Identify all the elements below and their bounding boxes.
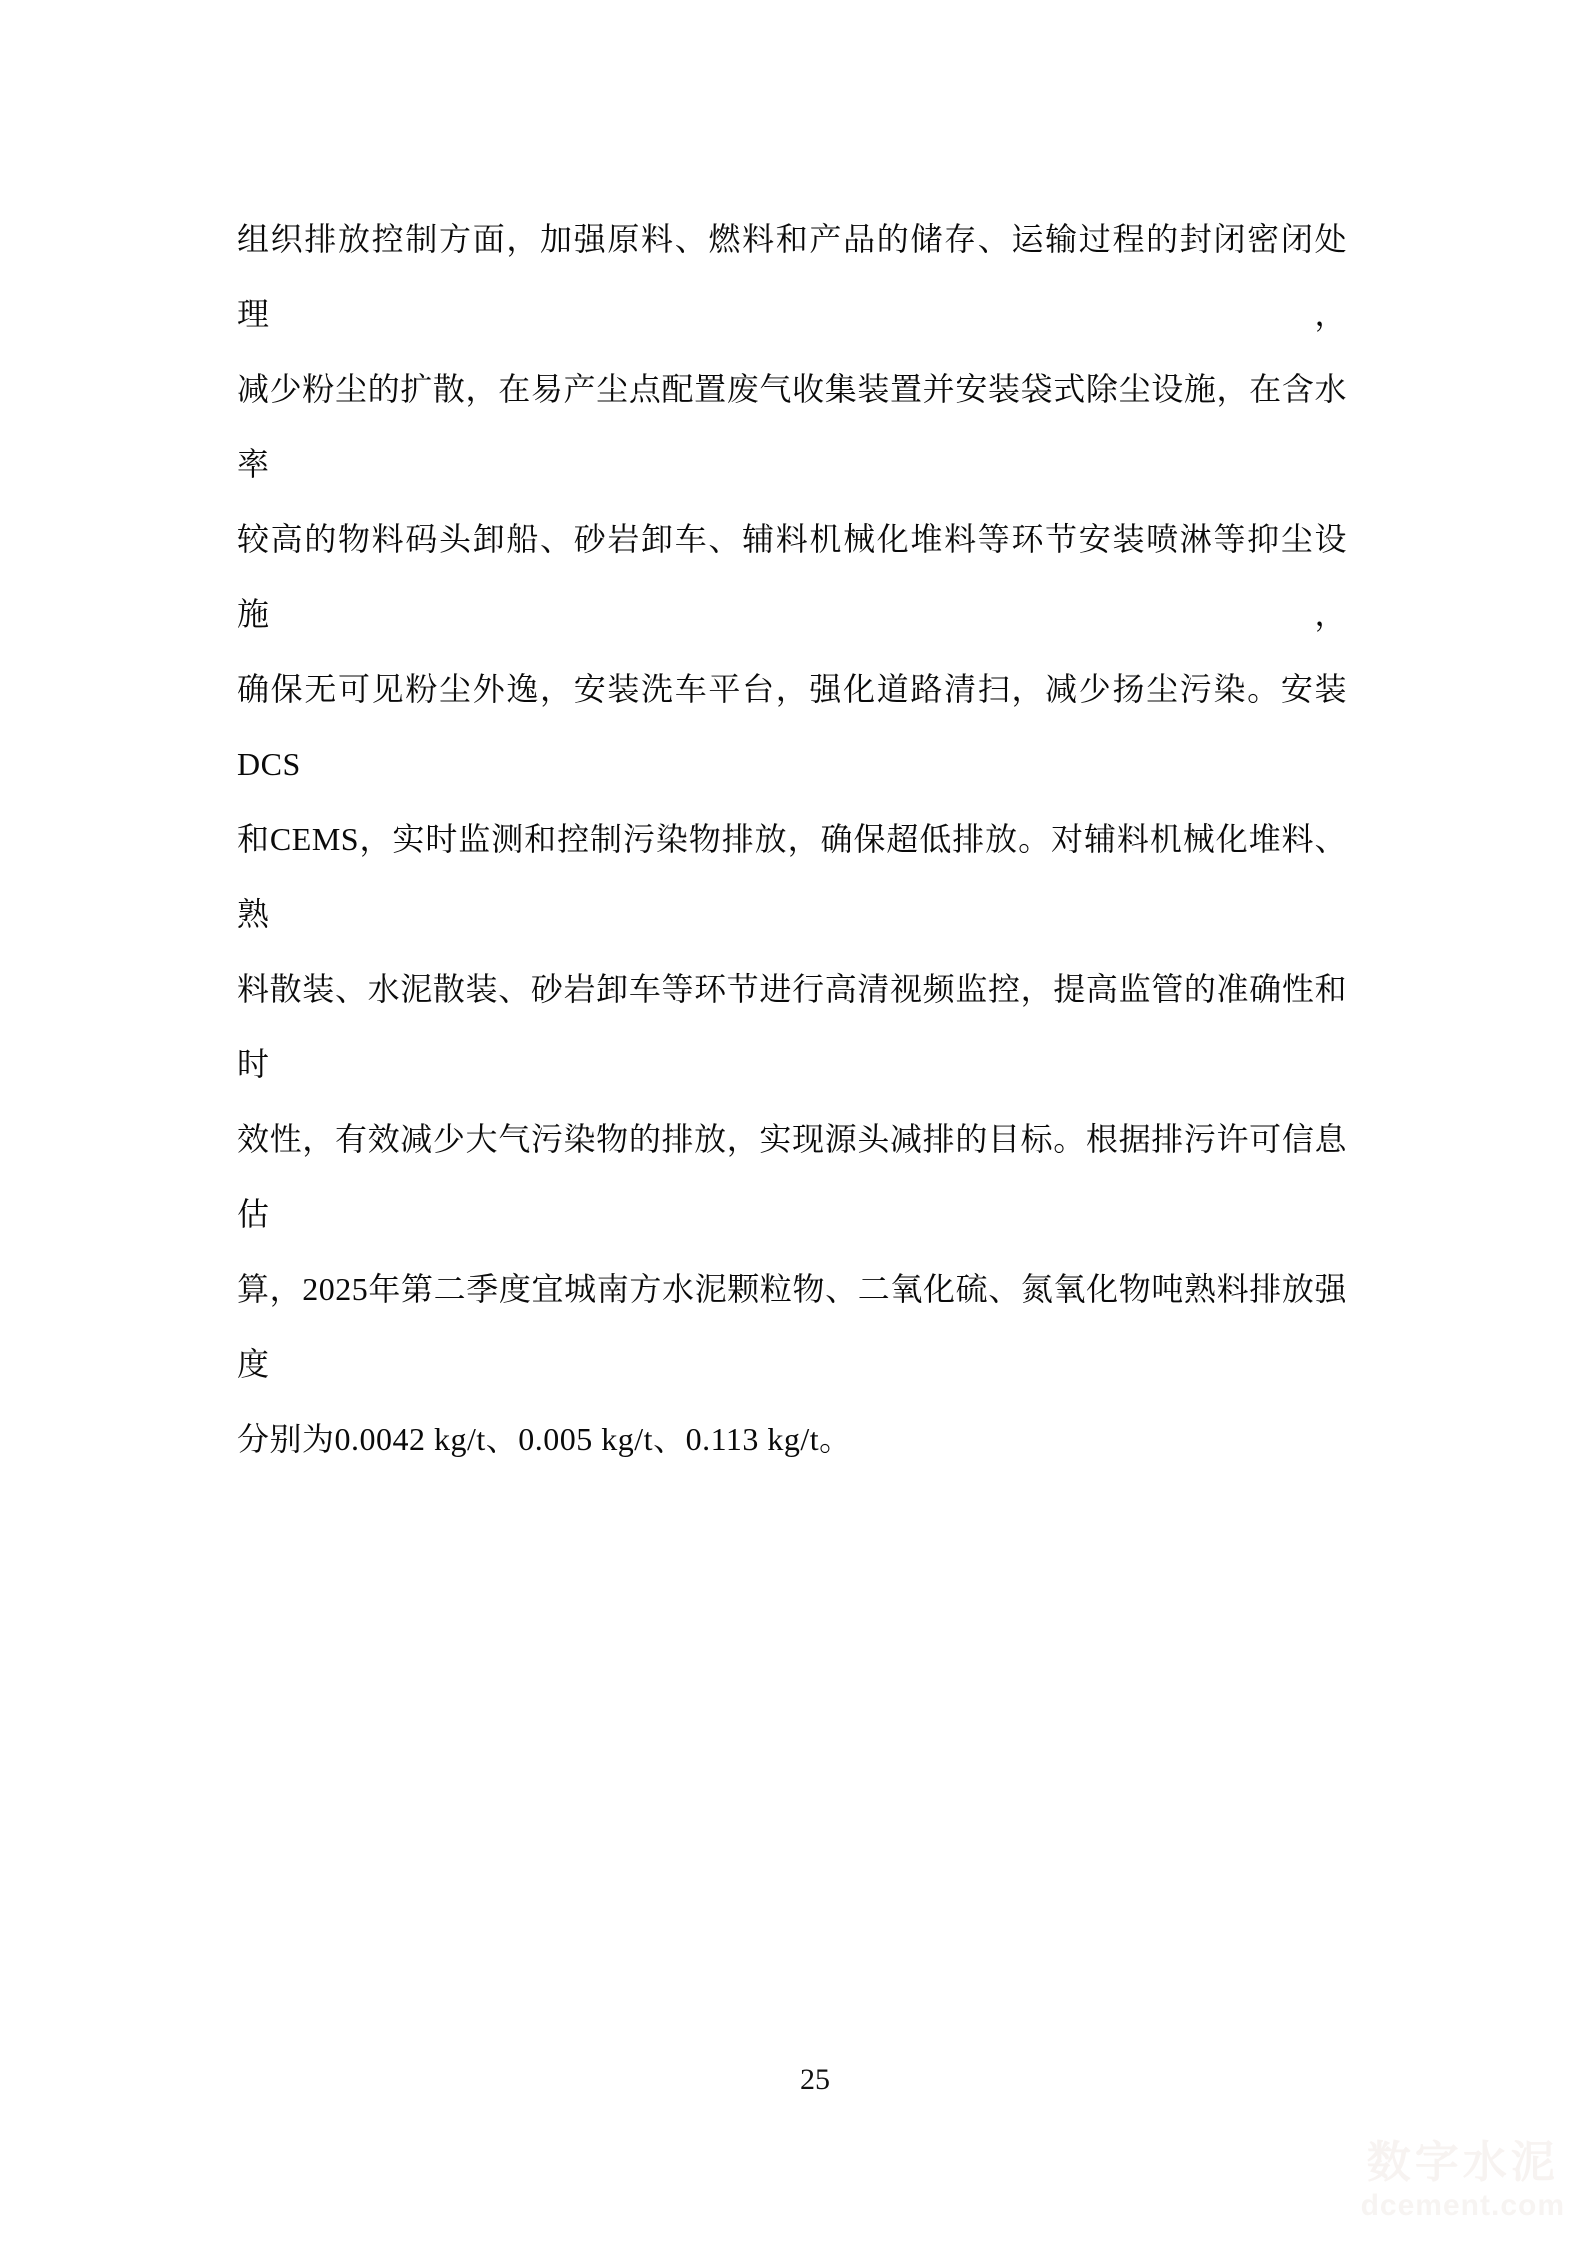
paragraph-line: 较高的物料码头卸船、砂岩卸车、辅料机械化堆料等环节安装喷淋等抑尘设施， xyxy=(237,502,1347,652)
paragraph-line: 确保无可见粉尘外逸，安装洗车平台，强化道路清扫，减少扬尘污染。安装DCS xyxy=(237,652,1347,802)
watermark-domain: dcement.com xyxy=(1361,2189,1565,2223)
watermark-title: 数字水泥 xyxy=(1361,2139,1565,2187)
page-number: 25 xyxy=(260,2062,1370,2098)
document-page: 组织排放控制方面，加强原料、燃料和产品的储存、运输过程的封闭密闭处理， 减少粉尘… xyxy=(0,0,1587,2245)
paragraph-line: 分别为0.0042 kg/t、0.005 kg/t、0.113 kg/t。 xyxy=(237,1402,1347,1477)
paragraph-line: 组织排放控制方面，加强原料、燃料和产品的储存、运输过程的封闭密闭处理， xyxy=(237,202,1347,352)
paragraph-line: 算，2025年第二季度宜城南方水泥颗粒物、二氧化硫、氮氧化物吨熟料排放强度 xyxy=(237,1252,1347,1402)
watermark: 数字水泥 dcement.com xyxy=(1361,2139,1565,2223)
paragraph-line: 减少粉尘的扩散，在易产尘点配置废气收集装置并安装袋式除尘设施，在含水率 xyxy=(237,352,1347,502)
paragraph-line: 和CEMS，实时监测和控制污染物排放，确保超低排放。对辅料机械化堆料、熟 xyxy=(237,802,1347,952)
paragraph-line: 料散装、水泥散装、砂岩卸车等环节进行高清视频监控，提高监管的准确性和时 xyxy=(237,952,1347,1102)
paragraph-line: 效性，有效减少大气污染物的排放，实现源头减排的目标。根据排污许可信息估 xyxy=(237,1102,1347,1252)
paragraph: 组织排放控制方面，加强原料、燃料和产品的储存、运输过程的封闭密闭处理， 减少粉尘… xyxy=(237,202,1347,1477)
